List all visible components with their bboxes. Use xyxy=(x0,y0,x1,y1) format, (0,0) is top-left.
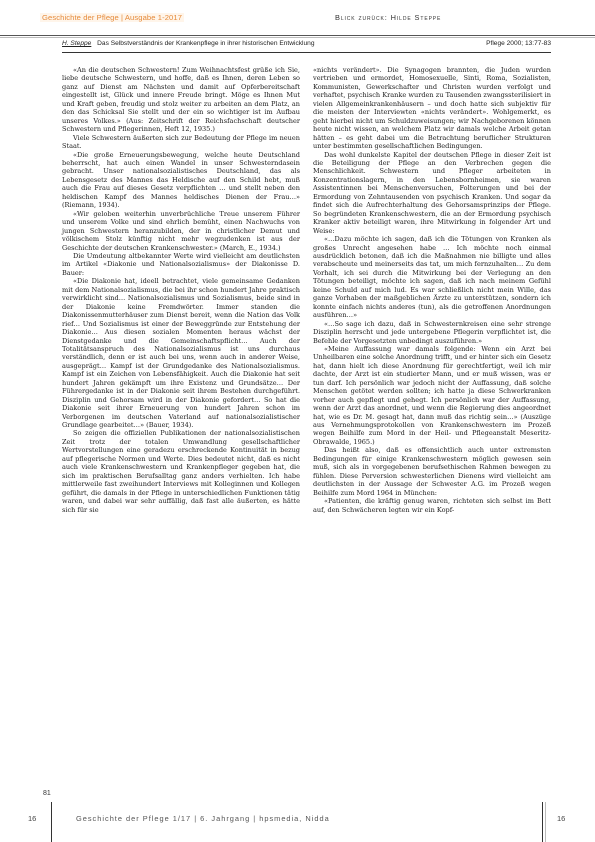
footer-divider-right xyxy=(542,802,543,842)
running-head-citation: Pflege 2000; 13:77-83 xyxy=(486,40,551,47)
paragraph: «Wir geloben weiterhin unverbrüchliche T… xyxy=(62,210,300,252)
paragraph: «nichts verändert». Die Synagogen brannt… xyxy=(313,66,551,151)
paragraph: Das heißt also, daß es offensichtlich au… xyxy=(313,446,551,497)
page-number-right: 16 xyxy=(557,814,565,823)
journal-name: Geschichte der Pflege | Ausgabe 1-2017 xyxy=(40,13,184,22)
footer-divider-left xyxy=(51,802,52,842)
paragraph: So zeigen die offiziellen Publikationen … xyxy=(62,429,300,514)
footer-divider-right-secondary xyxy=(545,802,546,842)
running-head: H. Steppe Das Selbstverständnis der Kran… xyxy=(62,40,551,53)
page-header: Geschichte der Pflege | Ausgabe 1-2017 B… xyxy=(0,0,595,36)
paragraph: Viele Schwestern äußerten sich zur Bedeu… xyxy=(62,134,300,151)
paragraph: «Meine Auffassung war damals folgende: W… xyxy=(313,345,551,446)
paragraph: Das wohl dunkelste Kapitel der deutschen… xyxy=(313,151,551,236)
running-head-title: Das Selbstverständnis der Krankenpflege … xyxy=(97,40,314,47)
paragraph: Die Umdeutung altbekannter Werte wird vi… xyxy=(62,252,300,277)
paragraph: «Patienten, die kräftig genug waren, ric… xyxy=(313,497,551,514)
paragraph: «An die deutschen Schwestern! Zum Weihna… xyxy=(62,66,300,134)
section-label: Blick zurück: Hilde Steppe xyxy=(335,13,441,22)
footer-text: Geschichte der Pflege 1/17 | 6. Jahrgang… xyxy=(76,814,330,823)
left-column: «An die deutschen Schwestern! Zum Weihna… xyxy=(62,66,300,514)
header-divider xyxy=(0,35,595,36)
right-column: «nichts verändert». Die Synagogen brannt… xyxy=(313,66,551,514)
paragraph: «Die Diakonie hat, ideell betrachtet, vi… xyxy=(62,277,300,429)
page-number-left: 16 xyxy=(28,814,36,823)
paragraph: «…Dazu möchte ich sagen, daß ich die Töt… xyxy=(313,235,551,320)
paragraph: «Die große Erneuerungsbewegung, welche h… xyxy=(62,151,300,210)
running-head-author: H. Steppe xyxy=(62,40,91,47)
header-divider-secondary xyxy=(0,37,595,38)
paragraph: «…So sage ich dazu, daß in Schwesternkre… xyxy=(313,320,551,345)
margin-line-number: 81 xyxy=(43,790,51,797)
